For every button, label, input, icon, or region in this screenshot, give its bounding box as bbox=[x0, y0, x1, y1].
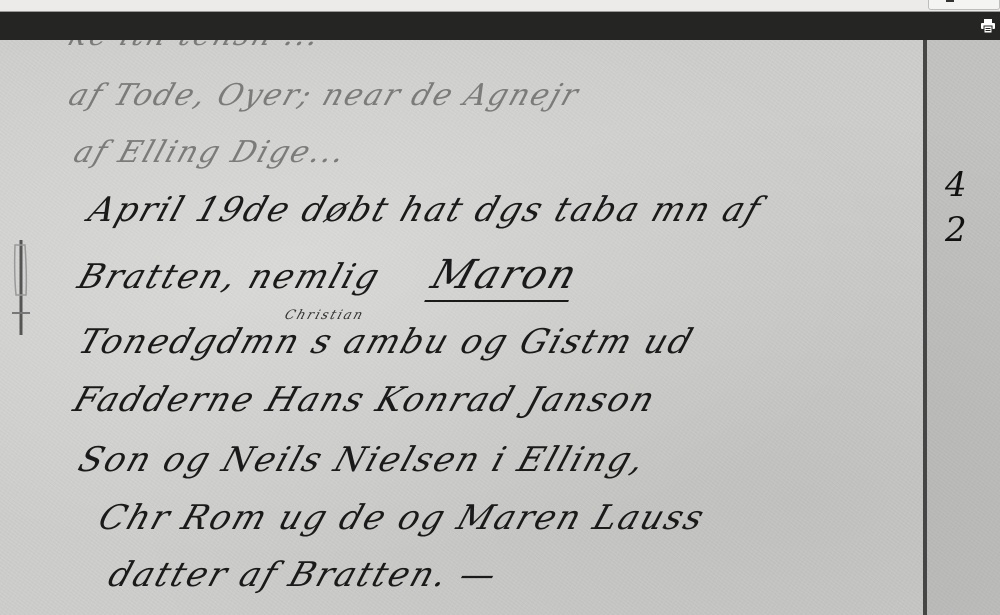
margin-column bbox=[927, 40, 1000, 615]
window-top-strip bbox=[0, 0, 1000, 12]
faded-line-1: ke ltn tensn ... bbox=[64, 40, 325, 53]
faded-line-3: af Elling Dige... bbox=[69, 135, 351, 170]
entry-line-7: datter af Bratten. — bbox=[104, 555, 504, 595]
print-button[interactable] bbox=[980, 18, 996, 34]
child-name: Maron bbox=[424, 252, 584, 302]
interlinear-note: Christian bbox=[283, 308, 367, 323]
document-image-viewer[interactable]: ke ltn tensn ... af Tode, Oyer; near de … bbox=[0, 40, 1000, 615]
margin-rule bbox=[923, 40, 927, 615]
entry-line-2-text: Bratten, nemlig bbox=[73, 257, 386, 297]
entry-line-2: Bratten, nemlig Maron bbox=[73, 252, 585, 298]
entry-line-3: Tonedgdmn s ambu og Gistm ud bbox=[74, 322, 700, 362]
margin-note-bottom: 2 bbox=[945, 210, 967, 250]
margin-note-top: 4 bbox=[945, 165, 967, 205]
margin-mark-left bbox=[10, 235, 32, 345]
viewer-toolbar bbox=[0, 12, 1000, 40]
entry-line-1: April 19de døbt hat dgs taba mn af bbox=[84, 190, 768, 230]
entry-line-6: Chr Rom ug de og Maren Lauss bbox=[94, 498, 711, 538]
minimize-icon bbox=[946, 0, 954, 2]
entry-line-4: Fadderne Hans Konrad Janson bbox=[69, 380, 662, 420]
entry-line-5: Son og Neils Nielsen i Elling, bbox=[74, 440, 652, 480]
printer-icon bbox=[980, 18, 996, 34]
minimize-button[interactable] bbox=[928, 0, 1000, 10]
faded-line-2: af Tode, Oyer; near de Agnejr bbox=[64, 78, 584, 113]
